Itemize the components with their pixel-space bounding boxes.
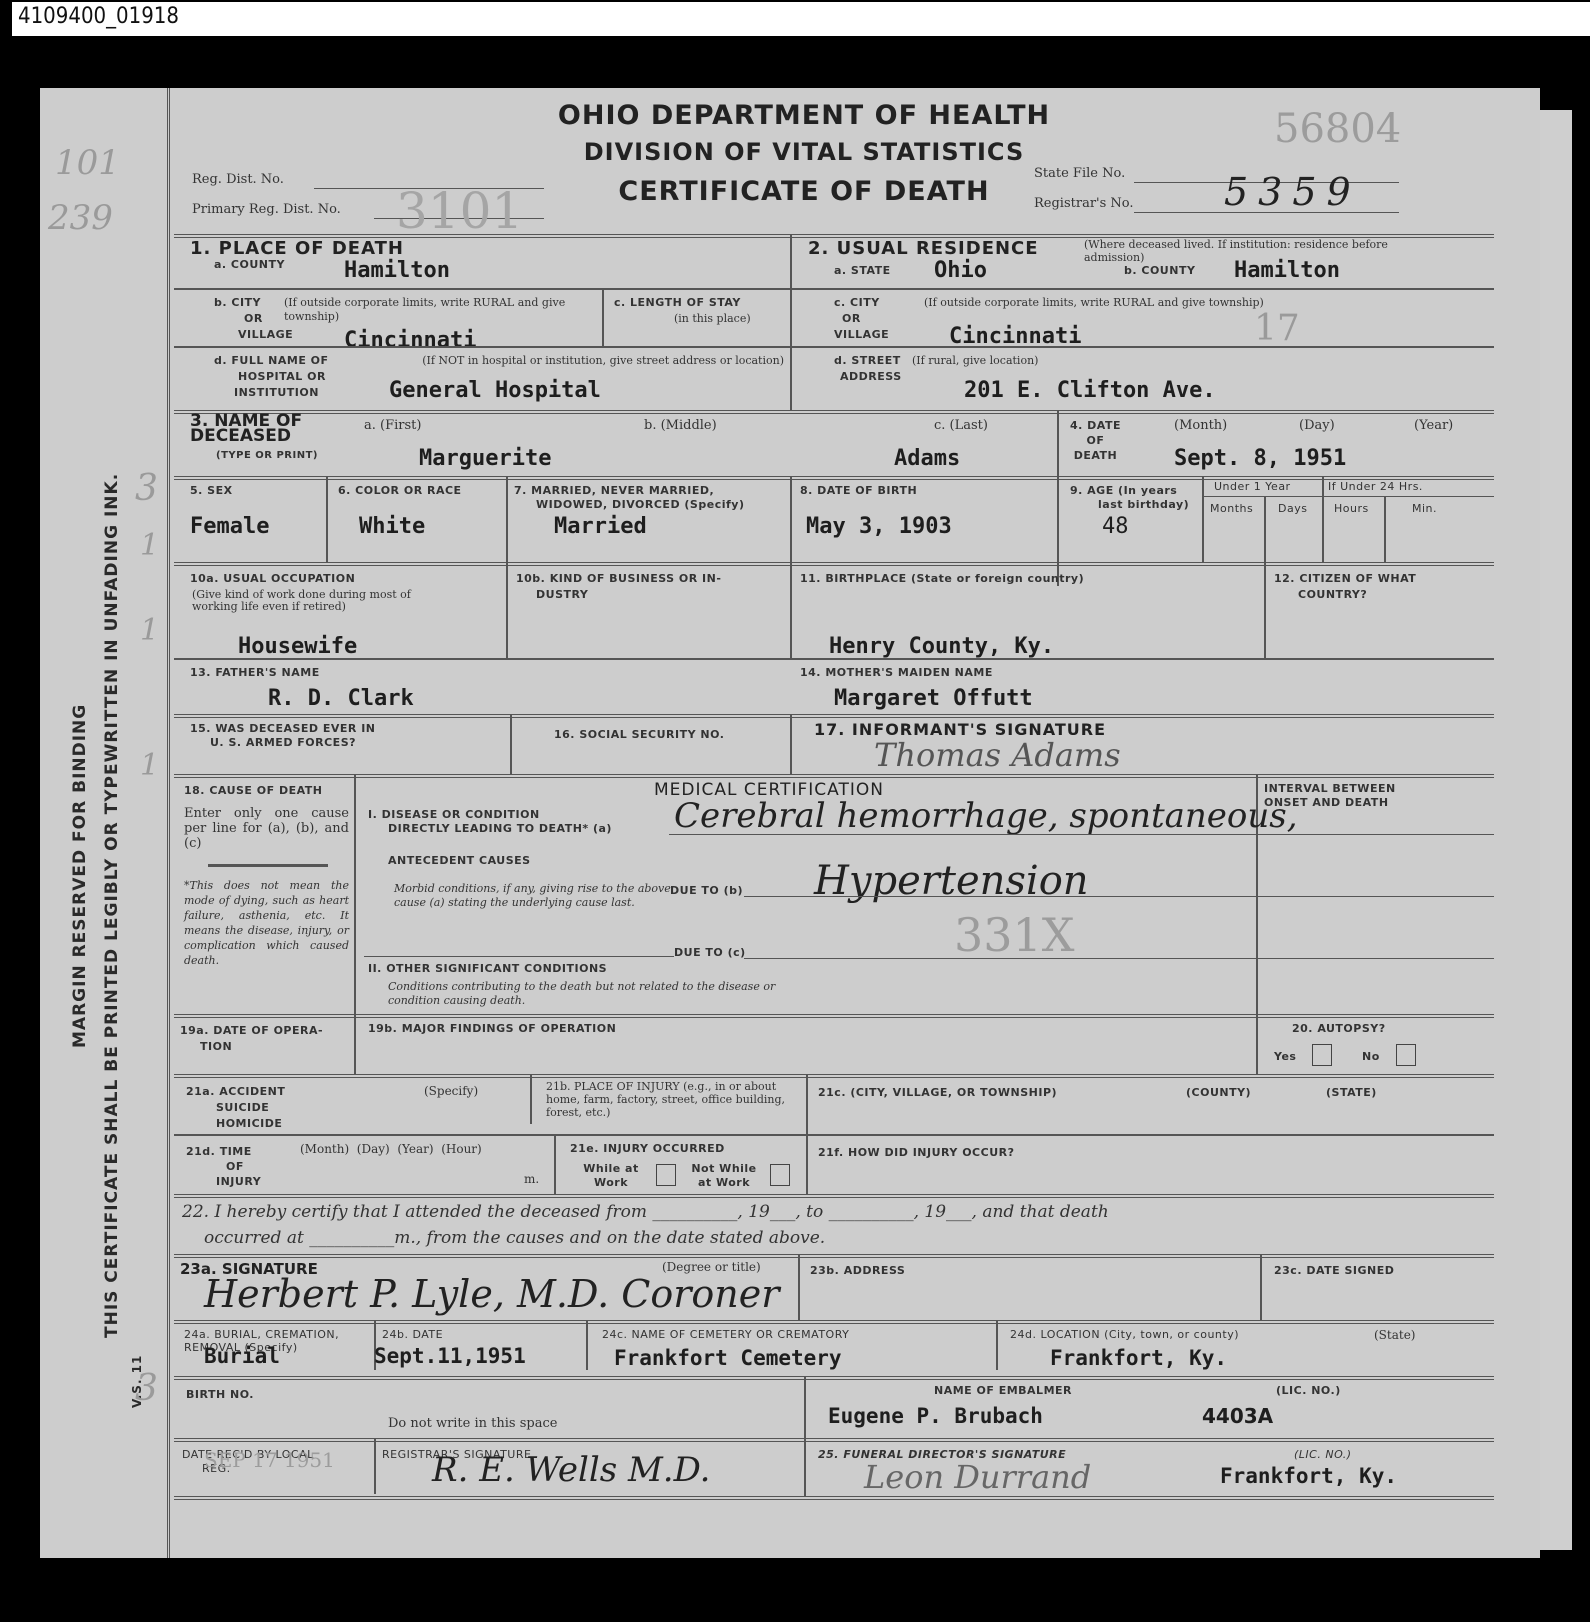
specify-label: (Specify) [424, 1084, 478, 1098]
city-label: b. CITY [214, 296, 261, 309]
certification-statement-line1: 22. I hereby certify that I attended the… [182, 1202, 1109, 1222]
date-of-death-label: 4. DATEOFDEATH [1070, 418, 1121, 463]
first-name-label: a. (First) [364, 418, 421, 433]
morbid-conditions-note: Morbid conditions, if any, giving rise t… [394, 882, 674, 910]
cause-code-stamp: 331X [954, 908, 1075, 962]
date-of-operation-label-2: TION [200, 1040, 232, 1053]
while-at-work-checkbox[interactable] [656, 1164, 676, 1186]
pencil-mark: 1 [140, 748, 159, 783]
primary-reg-dist-value: 3101 [396, 182, 523, 240]
injury-county-label: (COUNTY) [1186, 1086, 1251, 1099]
day-label: (Day) [1299, 418, 1335, 433]
length-of-stay-label: c. LENGTH OF STAY [614, 296, 741, 309]
residence-city-label: c. CITY [834, 296, 880, 309]
month-label: (Month) [1174, 418, 1227, 433]
pencil-mark: 1 [140, 613, 159, 648]
father-name: R. D. Clark [268, 686, 414, 711]
antecedent-causes-label: ANTECEDENT CAUSES [388, 854, 531, 867]
interval-label: INTERVAL BETWEENONSET AND DEATH [1264, 782, 1396, 810]
date-signed-label: 23c. DATE SIGNED [1274, 1264, 1394, 1277]
image-id-label: 4109400_01918 [12, 2, 1590, 36]
place-of-death-title: 1. PLACE OF DEATH [190, 238, 404, 259]
sex-value: Female [190, 514, 269, 539]
cemetery-name: Frankfort Cemetery [614, 1346, 842, 1370]
citizen-label: 12. CITIZEN OF WHAT [1274, 572, 1416, 585]
length-of-stay-note: (in this place) [674, 312, 751, 325]
pencil-mark: 1 [140, 528, 159, 563]
usual-residence-title: 2. USUAL RESIDENCE [808, 238, 1039, 259]
autopsy-no-checkbox[interactable] [1396, 1044, 1416, 1066]
hospital-label-2: HOSPITAL OR [238, 370, 326, 383]
registrar-no-label: Registrar's No. [1034, 196, 1134, 211]
hospital-label-3: INSTITUTION [234, 386, 319, 399]
citizen-label-2: COUNTRY? [1298, 588, 1367, 601]
stamp-number: 56804 [1274, 106, 1401, 152]
type-or-print-label: (TYPE OR PRINT) [216, 450, 318, 461]
residence-state: Ohio [934, 258, 987, 283]
embalmer-lic: 4403A [1202, 1404, 1273, 1428]
occupation-label: 10a. USUAL OCCUPATION [190, 572, 355, 585]
cemetery-label: 24c. NAME OF CEMETERY OR CREMATORY [602, 1328, 849, 1341]
deceased-first-name: Marguerite [419, 446, 551, 471]
occupation-value: Housewife [238, 634, 357, 659]
death-county: Hamilton [344, 258, 450, 283]
header-certificate-title: CERTIFICATE OF DEATH [574, 176, 1034, 207]
registrar-signature: R. E. Wells M.D. [432, 1450, 710, 1490]
under-1-year-label: Under 1 Year [1214, 480, 1291, 493]
under-24-hrs-label: If Under 24 Hrs. [1328, 480, 1423, 493]
residence-city-village: VILLAGE [834, 328, 889, 341]
autopsy-yes-label: Yes [1274, 1050, 1296, 1063]
cause-a-value: Cerebral hemorrhage, spontaneous, [674, 796, 1298, 836]
hospital-note: (If NOT in hospital or institution, give… [374, 354, 784, 368]
residence-city-note: (If outside corporate limits, write RURA… [924, 296, 1264, 309]
city-label-or: OR [244, 312, 263, 325]
city-label-village: VILLAGE [238, 328, 293, 341]
occupation-note-2: working life even if retired) [192, 600, 346, 613]
pencil-code: 17 [1254, 308, 1300, 349]
disease-label: I. DISEASE OR CONDITION [368, 808, 540, 821]
do-not-write-note: Do not write in this space [388, 1416, 557, 1431]
armed-forces-label-2: U. S. ARMED FORCES? [210, 736, 356, 749]
while-at-work-label: While at Work [576, 1162, 646, 1190]
marital-status: Married [554, 514, 647, 539]
residence-city-or: OR [842, 312, 861, 325]
pencil-mark: 239 [48, 198, 113, 238]
burial-state-label: (State) [1374, 1328, 1415, 1342]
autopsy-label: 20. AUTOPSY? [1292, 1022, 1386, 1035]
street-note: (If rural, give location) [912, 354, 1038, 367]
residence-state-label: a. STATE [834, 264, 891, 277]
deceased-last-name: Adams [894, 446, 960, 471]
hours-label: Hours [1334, 502, 1369, 515]
ink-instruction-text: THIS CERTIFICATE SHALL BE PRINTED LEGIBL… [102, 473, 122, 1338]
year-label: (Year) [1414, 418, 1453, 433]
injury-state-label: (STATE) [1326, 1086, 1377, 1099]
primary-reg-dist-label: Primary Reg. Dist. No. [192, 202, 341, 217]
state-file-label: State File No. [1034, 166, 1125, 181]
funeral-director-signature: Leon Durrand [864, 1458, 1091, 1496]
burial-date: Sept.11,1951 [374, 1344, 526, 1368]
certification-statement-line2: occurred at __________m., from the cause… [204, 1228, 825, 1248]
business-label-2: DUSTRY [536, 588, 588, 601]
days-label: Days [1278, 502, 1307, 515]
cause-b-value: Hypertension [814, 858, 1089, 904]
race-label: 6. COLOR OR RACE [338, 484, 462, 497]
middle-name-label: b. (Middle) [644, 418, 717, 433]
header-division: DIVISION OF VITAL STATISTICS [554, 138, 1054, 166]
residence-county: Hamilton [1234, 258, 1340, 283]
residence-street: 201 E. Clifton Ave. [964, 378, 1216, 403]
residence-county-label: b. COUNTY [1124, 264, 1195, 277]
mother-label: 14. MOTHER'S MAIDEN NAME [800, 666, 993, 679]
due-to-b-label: DUE TO (b) [670, 884, 743, 897]
county-label: a. COUNTY [214, 258, 285, 271]
marital-label: 7. MARRIED, NEVER MARRIED, [514, 484, 714, 497]
age-value: 48 [1102, 514, 1129, 539]
address-label: ADDRESS [840, 370, 902, 383]
birthplace-label: 11. BIRTHPLACE (State or foreign country… [800, 572, 1084, 585]
operation-findings-label: 19b. MAJOR FINDINGS OF OPERATION [368, 1022, 616, 1035]
ssn-label: 16. SOCIAL SECURITY NO. [554, 728, 724, 741]
marital-label-2: WIDOWED, DIVORCED (Specify) [536, 498, 744, 511]
death-hospital: General Hospital [389, 378, 601, 403]
reg-dist-label: Reg. Dist. No. [192, 172, 284, 187]
other-conditions-note: Conditions contributing to the death but… [388, 980, 808, 1008]
place-of-injury-label: 21b. PLACE OF INJURY (e.g., in or about … [546, 1080, 796, 1119]
physician-address-label: 23b. ADDRESS [810, 1264, 905, 1277]
funeral-lic-label: (LIC. NO.) [1294, 1448, 1352, 1461]
cause-footnote: *This does not mean the mode of dying, s… [184, 878, 349, 968]
name-of-deceased-title: 3. NAME OFDECEASED [190, 414, 302, 444]
autopsy-yes-checkbox[interactable] [1312, 1044, 1332, 1066]
burial-location-label: 24d. LOCATION (City, town, or county) [1010, 1328, 1239, 1341]
cause-instructions: Enter only one cause per line for (a), (… [184, 806, 349, 851]
last-name-label: c. (Last) [934, 418, 988, 433]
date-of-birth: May 3, 1903 [806, 514, 952, 539]
hospital-label: d. FULL NAME OF [214, 354, 329, 367]
injury-city-label: 21c. (CITY, VILLAGE, OR TOWNSHIP) [818, 1086, 1057, 1099]
accident-suicide-homicide-label: 21a. ACCIDENTSUICIDEHOMICIDE [186, 1084, 285, 1132]
pencil-mark: 3 [135, 1368, 158, 1409]
funeral-director-location: Frankfort, Ky. [1220, 1464, 1397, 1488]
dob-label: 8. DATE OF BIRTH [800, 484, 917, 497]
street-label: d. STREET [834, 354, 901, 367]
embalmer-name: Eugene P. Brubach [828, 1404, 1043, 1428]
date-received-stamp: SEP 17 1951 [204, 1448, 335, 1472]
pencil-mark: 101 [55, 143, 120, 183]
age-label-2: last birthday) [1098, 498, 1189, 511]
min-label: Min. [1412, 502, 1437, 515]
autopsy-no-label: No [1362, 1050, 1380, 1063]
time-of-injury-label: 21d. TIMEOFINJURY [186, 1144, 261, 1189]
am-pm-label: m. [524, 1172, 539, 1186]
burial-location: Frankfort, Ky. [1050, 1346, 1227, 1370]
informant-signature: Thomas Adams [874, 736, 1121, 774]
birth-no-label: BIRTH NO. [186, 1388, 254, 1401]
business-label: 10b. KIND OF BUSINESS OR IN- [516, 572, 721, 585]
not-while-at-work-checkbox[interactable] [770, 1164, 790, 1186]
disease-label-2: DIRECTLY LEADING TO DEATH* (a) [388, 822, 612, 835]
header-department: OHIO DEPARTMENT OF HEALTH [524, 100, 1084, 131]
binding-margin: MARGIN RESERVED FOR BINDING THIS CERTIFI… [40, 88, 170, 1558]
months-label: Months [1210, 502, 1253, 515]
certificate-form: OHIO DEPARTMENT OF HEALTH DIVISION OF VI… [174, 88, 1514, 1558]
burial-type: Burial [204, 1344, 280, 1368]
death-city: Cincinnati [344, 328, 476, 353]
physician-signature: Herbert P. Lyle, M.D. Coroner [204, 1272, 779, 1316]
father-label: 13. FATHER'S NAME [190, 666, 320, 679]
cause-of-death-label: 18. CAUSE OF DEATH [184, 784, 322, 797]
race-value: White [359, 514, 425, 539]
injury-occurred-label: 21e. INJURY OCCURRED [570, 1142, 725, 1155]
mother-maiden-name: Margaret Offutt [834, 686, 1033, 711]
death-certificate: MARGIN RESERVED FOR BINDING THIS CERTIFI… [40, 88, 1540, 1558]
other-conditions-label: II. OTHER SIGNIFICANT CONDITIONS [368, 962, 607, 975]
registrar-no-value: 5359 [1224, 170, 1361, 214]
date-of-death: Sept. 8, 1951 [1174, 446, 1346, 471]
city-note: (If outside corporate limits, write RURA… [284, 296, 594, 324]
armed-forces-label: 15. WAS DECEASED EVER IN [190, 722, 376, 735]
how-injury-occurred-label: 21f. HOW DID INJURY OCCUR? [818, 1146, 1014, 1159]
time-columns-label: (Month) (Day) (Year) (Hour) [300, 1142, 482, 1156]
date-of-operation-label: 19a. DATE OF OPERA- [180, 1024, 323, 1037]
due-to-c-label: DUE TO (c) [674, 946, 746, 959]
embalmer-label: NAME OF EMBALMER [934, 1384, 1072, 1397]
age-label: 9. AGE (In years [1070, 484, 1177, 497]
birthplace-value: Henry County, Ky. [829, 634, 1054, 659]
not-while-at-work-label: Not While at Work [684, 1162, 764, 1190]
sex-label: 5. SEX [190, 484, 233, 497]
burial-date-label: 24b. DATE [382, 1328, 443, 1341]
binding-margin-text: MARGIN RESERVED FOR BINDING [70, 704, 90, 1048]
embalmer-lic-label: (LIC. NO.) [1276, 1384, 1341, 1397]
pencil-mark: 3 [135, 468, 158, 509]
